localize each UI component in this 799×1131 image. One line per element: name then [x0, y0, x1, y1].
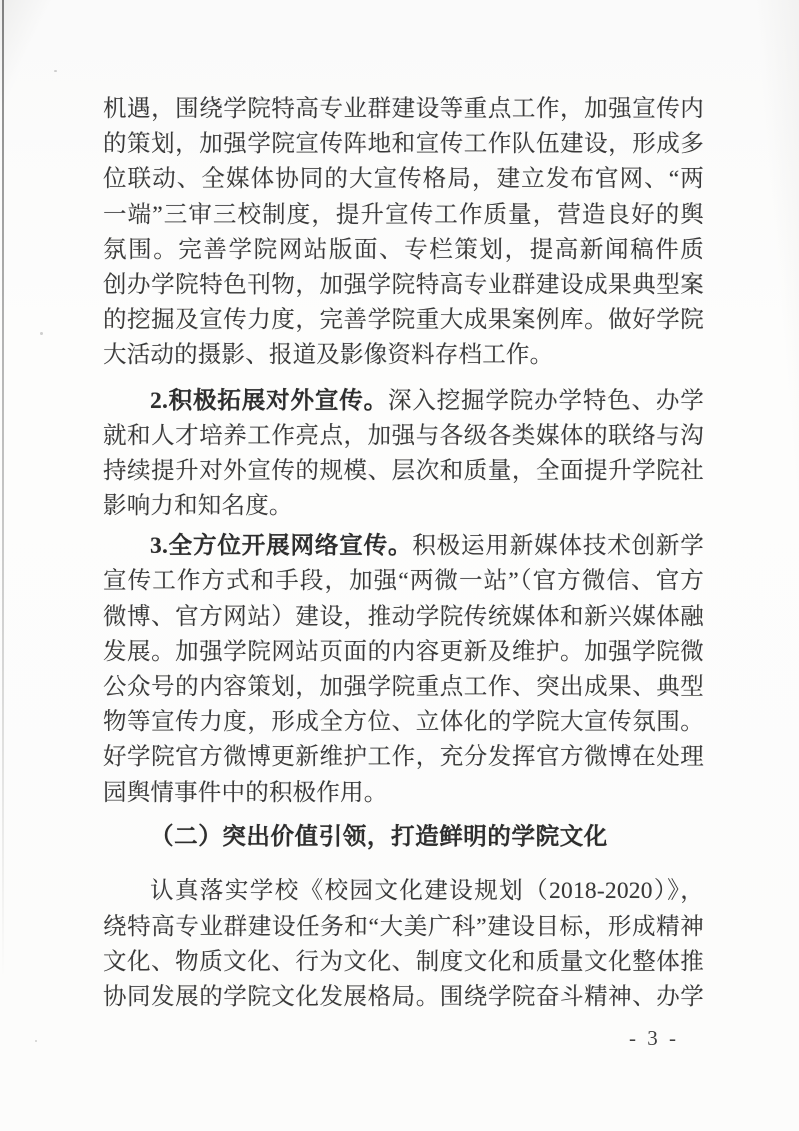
text-line: 就和人才培养工作亮点，加强与各级各类媒体的联络与沟通。	[103, 419, 704, 454]
scan-speck	[40, 332, 43, 335]
text-line: 宣传工作方式和手段，加强“两微一站”（官方微信、官方	[103, 564, 704, 599]
paragraph-item-2: 2.积极拓展对外宣传。深入挖掘学院办学特色、办学成 就和人才培养工作亮点，加强与…	[103, 384, 704, 525]
text-line: 位联动、全媒体协同的大宣传格局，建立发布官网、“两微	[103, 162, 704, 197]
text-line: 创办学院特色刊物，加强学院特高专业群建设成果典型案例	[103, 268, 704, 303]
text-line: 持续提升对外宣传的规模、层次和质量，全面提升学院社会	[103, 454, 704, 489]
text-line: 园舆情事件中的积极作用。	[103, 776, 704, 811]
text-line: 物等宣传力度，形成全方位、立体化的学院大宣传氛围。做	[103, 705, 704, 740]
text-line: 影响力和知名度。	[103, 489, 704, 524]
paragraph-continuation: 机遇，围绕学院特高专业群建设等重点工作，加强宣传内容 的策划，加强学院宣传阵地和…	[103, 92, 704, 374]
text-line: 2.积极拓展对外宣传。深入挖掘学院办学特色、办学成	[103, 384, 704, 419]
page-number: - 3 -	[622, 1026, 686, 1050]
text-line: 好学院官方微博更新维护工作，充分发挥官方微博在处理校	[103, 740, 704, 775]
paragraph-closing: 认真落实学校《校园文化建设规划（2018-2020）》，围 绕特高专业群建设任务…	[103, 874, 704, 1015]
scan-edge-artifact	[2, 0, 4, 980]
text-line: 3.全方位开展网络宣传。积极运用新媒体技术创新学院	[103, 529, 704, 564]
text-line: 协同发展的学院文化发展格局。围绕学院奋斗精神、办学特	[103, 980, 704, 1015]
text-line: 绕特高专业群建设任务和“大美广科”建设目标，形成精神	[103, 910, 704, 945]
text-line: 氛围。完善学院网站版面、专栏策划，提高新闻稿件质量。	[103, 233, 704, 268]
scan-speck	[54, 70, 57, 72]
text-line: 大活动的摄影、报道及影像资料存档工作。	[103, 338, 704, 373]
scanned-document-page: { "document": { "paragraph_continuation"…	[0, 0, 799, 1131]
scan-speck	[35, 1040, 37, 1042]
text-line: 的挖掘及宣传力度，完善学院重大成果案例库。做好学院重	[103, 303, 704, 338]
text-line: 文化、物质文化、行为文化、制度文化和质量文化整体推进、	[103, 945, 704, 980]
text-line: 微博、官方网站）建设，推动学院传统媒体和新兴媒体融合	[103, 600, 704, 635]
text-line: 的策划，加强学院宣传阵地和宣传工作队伍建设，形成多方	[103, 127, 704, 162]
section-heading-2: （二）突出价值引领，打造鲜明的学院文化	[103, 820, 704, 855]
text-line: 一端”三审三校制度，提升宣传工作质量，营造良好的舆论	[103, 198, 704, 233]
paragraph-item-3: 3.全方位开展网络宣传。积极运用新媒体技术创新学院 宣传工作方式和手段，加强“两…	[103, 529, 704, 811]
item-3-lead: 3.全方位开展网络宣传。	[150, 533, 412, 559]
text-line: 公众号的内容策划，加强学院重点工作、突出成果、典型人	[103, 670, 704, 705]
item-2-lead: 2.积极拓展对外宣传。	[150, 388, 388, 414]
document-body: 机遇，围绕学院特高专业群建设等重点工作，加强宣传内容 的策划，加强学院宣传阵地和…	[103, 92, 704, 1015]
text-line: 认真落实学校《校园文化建设规划（2018-2020）》，围	[103, 874, 704, 909]
text-line: 发展。加强学院网站页面的内容更新及维护。加强学院微信	[103, 635, 704, 670]
text-line: 机遇，围绕学院特高专业群建设等重点工作，加强宣传内容	[103, 92, 704, 127]
